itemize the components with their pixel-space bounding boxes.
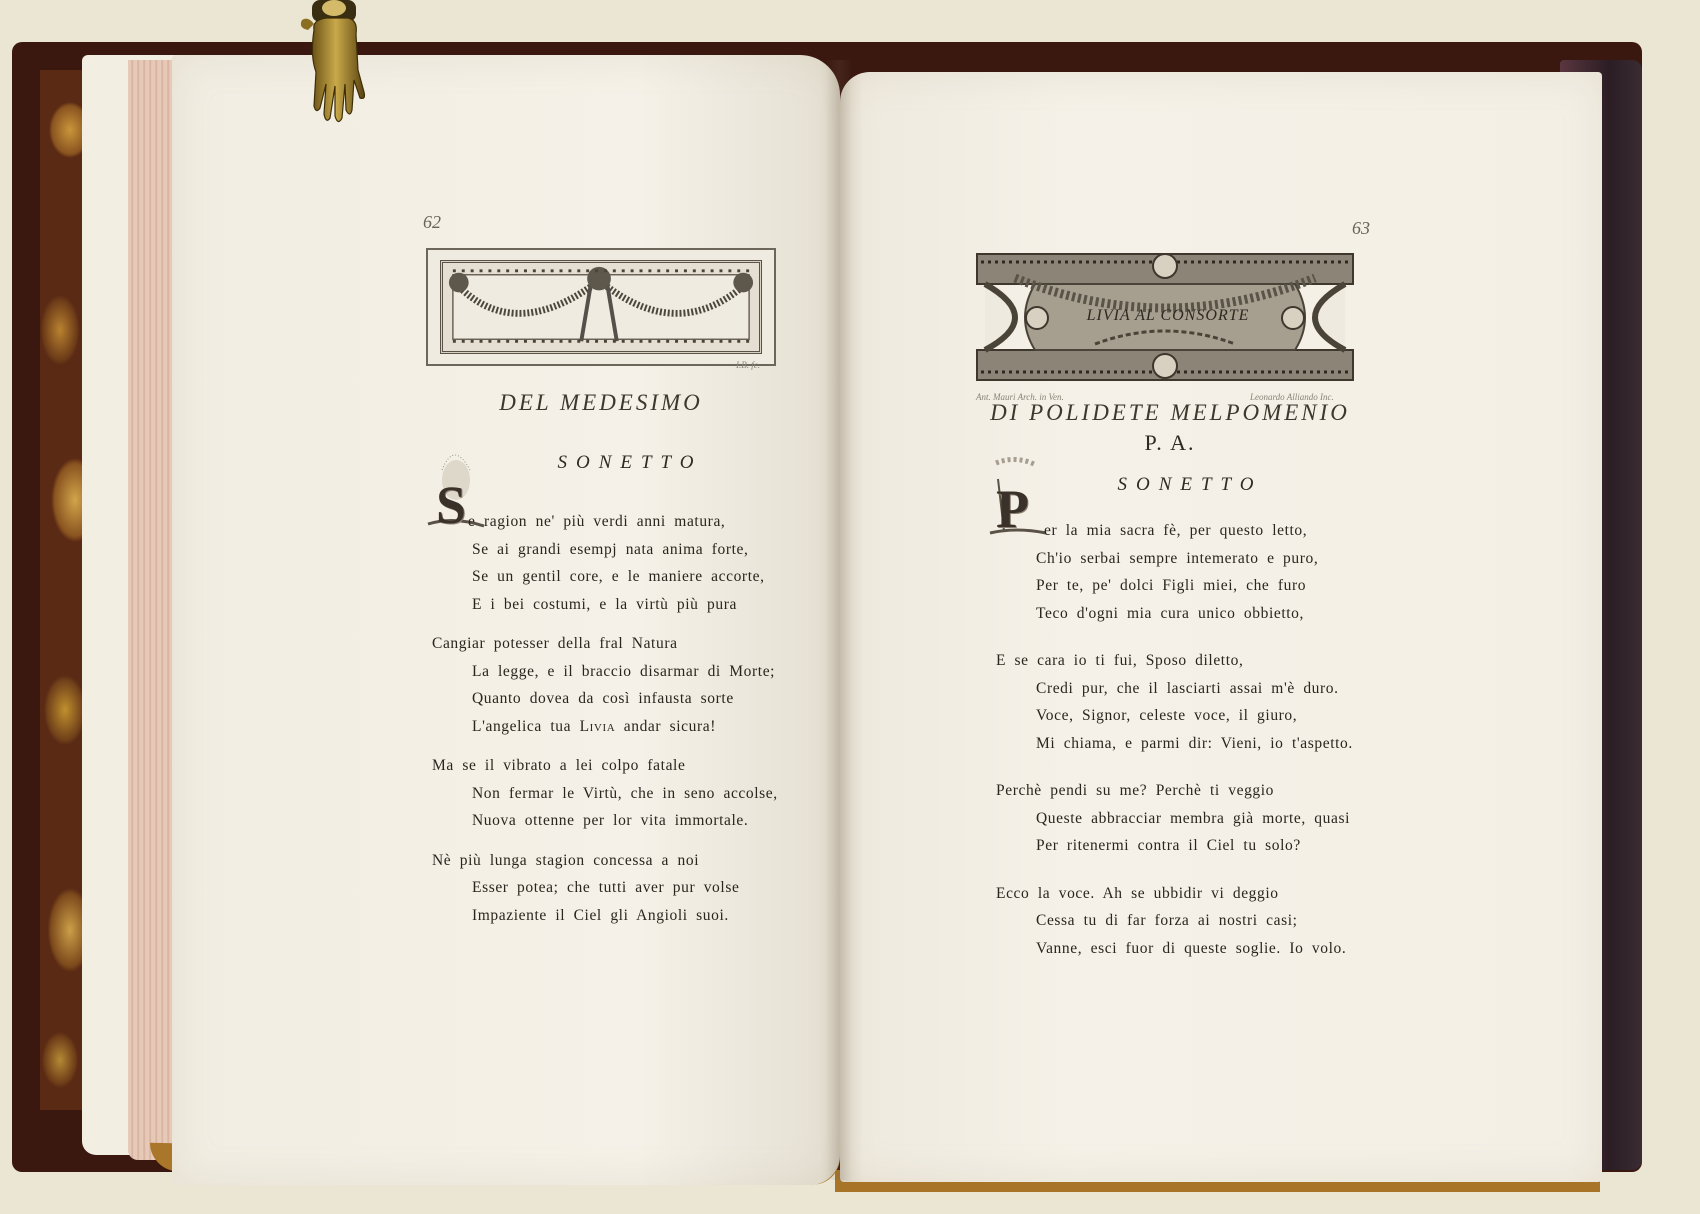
vignette-signature: I.B. fc. — [736, 360, 760, 370]
poem-line: Quanto dovea da così infausta sorte — [432, 685, 792, 713]
stanza: er la mia sacra fè, per questo letto, Ch… — [996, 517, 1396, 627]
poem-line: Ma se il vibrato a lei colpo fatale — [432, 752, 792, 780]
page-number-62: 62 — [423, 212, 441, 233]
stanza: E se cara io ti fui, Sposo diletto, Cred… — [996, 647, 1396, 757]
poem-line: Cessa tu di far forza ai nostri casi; — [996, 907, 1396, 935]
gutter-shadow — [826, 60, 852, 1180]
stanza: Cangiar potesser della fral Natura La le… — [432, 630, 792, 740]
poem-line: Non fermar le Virtù, che in seno accolse… — [432, 780, 792, 808]
poem-subtitle-sonetto: SONETTO — [500, 452, 760, 474]
garland-ornament-icon — [443, 263, 759, 351]
poem-title-polidete: DI POLIDETE MELPOMENIO — [970, 400, 1370, 426]
poem-line: L'angelica tua Livia andar sicura! — [432, 713, 792, 741]
vignette-inscription: LIVIA AL CONSORTE — [1038, 307, 1298, 325]
poem-line: Ecco la voce. Ah se ubbidir vi deggio — [996, 880, 1396, 908]
poem-line: Nè più lunga stagion concessa a noi — [432, 847, 792, 875]
line-text: L'angelica tua — [472, 718, 580, 735]
stanza: e ragion ne' più verdi anni matura, Se a… — [432, 508, 792, 618]
poem-line: Vanne, esci fuor di queste soglie. Io vo… — [996, 935, 1396, 963]
poem-line: Credi pur, che il lasciarti assai m'è du… — [996, 675, 1396, 703]
poem-line: Perchè pendi su me? Perchè ti veggio — [996, 777, 1396, 805]
poem-line: er la mia sacra fè, per questo letto, — [996, 517, 1396, 545]
poem-subtitle-sonetto: SONETTO — [1060, 474, 1320, 496]
author-initials: P. A. — [1110, 430, 1230, 456]
poem-line: Per te, pe' dolci Figli miei, che furo — [996, 572, 1396, 600]
right-sonnet: er la mia sacra fè, per questo letto, Ch… — [996, 517, 1396, 962]
poem-line: Cangiar potesser della fral Natura — [432, 630, 792, 658]
poem-line: e ragion ne' più verdi anni matura, — [432, 508, 792, 536]
poem-line: Per ritenermi contra il Ciel tu solo? — [996, 832, 1396, 860]
stanza: Perchè pendi su me? Perchè ti veggio Que… — [996, 777, 1396, 860]
stanza: Ma se il vibrato a lei colpo fatale Non … — [432, 752, 792, 835]
poem-line: Ch'io serbai sempre intemerato e puro, — [996, 545, 1396, 573]
left-sonnet: e ragion ne' più verdi anni matura, Se a… — [432, 508, 792, 929]
poem-line: Mi chiama, e parmi dir: Vieni, io t'aspe… — [996, 730, 1396, 758]
poem-line: Queste abbracciar membra già morte, quas… — [996, 805, 1396, 833]
line-text: andar sicura! — [615, 718, 716, 735]
poem-title-del-medesimo: DEL MEDESIMO — [426, 390, 776, 416]
poem-line: Voce, Signor, celeste voce, il giuro, — [996, 702, 1396, 730]
poem-line: Nuova ottenne per lor vita immortale. — [432, 807, 792, 835]
name-livia: Livia — [580, 718, 616, 735]
engraved-vignette-garlands — [426, 248, 776, 366]
poem-line: E se cara io ti fui, Sposo diletto, — [996, 647, 1396, 675]
poem-line: La legge, e il braccio disarmar di Morte… — [432, 658, 792, 686]
stanza: Nè più lunga stagion concessa a noi Esse… — [432, 847, 792, 930]
poem-line: E i bei costumi, e la virtù più pura — [432, 591, 792, 619]
poem-line: Teco d'ogni mia cura unico obbietto, — [996, 600, 1396, 628]
stanza: Ecco la voce. Ah se ubbidir vi deggio Ce… — [996, 880, 1396, 963]
poem-line: Impaziente il Ciel gli Angioli suoi. — [432, 902, 792, 930]
poem-line: Se un gentil core, e le maniere accorte, — [432, 563, 792, 591]
poem-line: Se ai grandi esempj nata anima forte, — [432, 536, 792, 564]
page-number-63: 63 — [1352, 218, 1370, 239]
open-book-photo: 62 I.B. fc. DEL MEDESIMO SONETTO S — [0, 0, 1700, 1214]
poem-line: Esser potea; che tutti aver pur volse — [432, 874, 792, 902]
hand-bookmark-icon[interactable] — [292, 0, 372, 150]
